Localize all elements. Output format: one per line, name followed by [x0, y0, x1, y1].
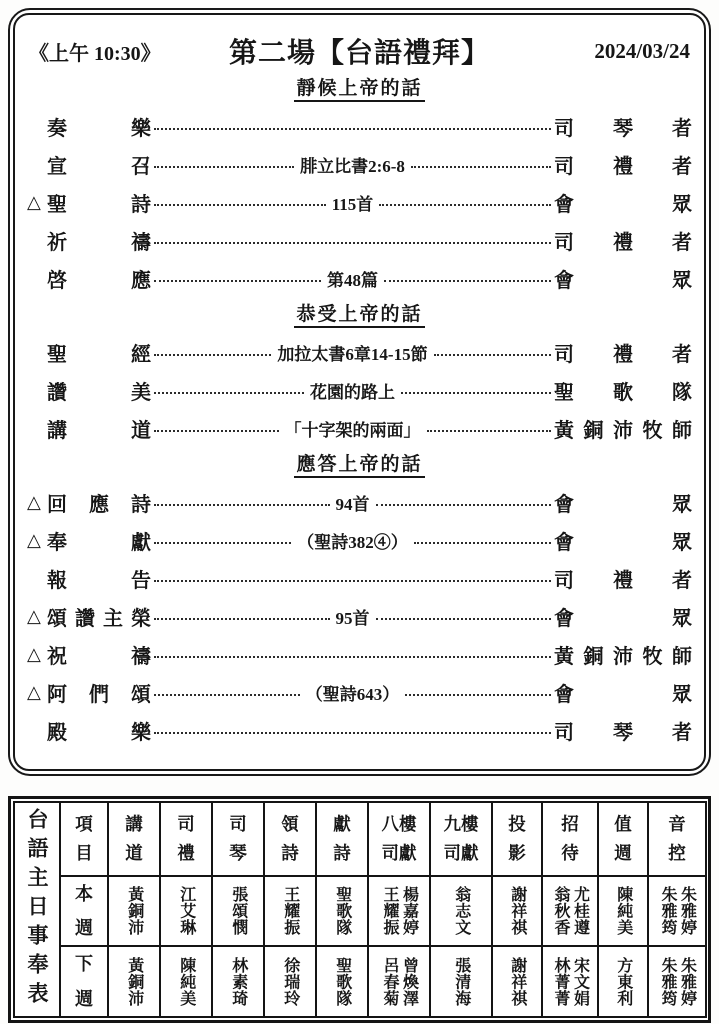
duty-cell: 聖歌隊 — [316, 876, 368, 946]
duty-cell: 張頌憫 — [212, 876, 264, 946]
item-role: 司禮者 — [554, 226, 692, 255]
col-header-projection: 投影 — [492, 802, 542, 876]
item-role: 會眾 — [554, 602, 692, 631]
item-role: 黃銅沛牧師 — [554, 640, 692, 669]
dotted-leader — [151, 418, 282, 438]
section-heading-responding: 應答上帝的話 — [27, 447, 692, 483]
item-detail: （聖詩382④） — [294, 528, 411, 553]
item-name: 祈禱 — [47, 226, 151, 255]
col-header-week-duty: 值週 — [598, 802, 648, 876]
duty-cell: 朱雅筠朱雅婷 — [648, 946, 706, 1016]
duty-cell: 張清海 — [430, 946, 492, 1016]
item-role: 司琴者 — [554, 112, 692, 141]
duty-cell: 徐瑞玲 — [264, 946, 316, 1016]
duty-header-row: 台語主日事奉表 項目 講道 司禮 司琴 領詩 獻詩 — [14, 802, 706, 876]
col-header-8f-offering: 八樓司獻 — [368, 802, 430, 876]
program-header: 《上午 10:30》 第二場【台語禮拜】 2024/03/24 — [29, 31, 690, 71]
item-detail: 「十字架的兩面」 — [282, 416, 424, 441]
item-name: 回應詩 — [47, 488, 151, 517]
duty-cell: 江艾琳 — [160, 876, 212, 946]
program-item-postlude: 殿樂 司琴者 — [27, 711, 692, 749]
item-name: 聖詩 — [47, 188, 151, 217]
program-item-offering: △ 奉獻 （聖詩382④） 會眾 — [27, 521, 692, 559]
section-heading-receiving: 恭受上帝的話 — [27, 297, 692, 333]
program-item-call-to-worship: 宣召 腓立比書2:6-8 司禮者 — [27, 145, 692, 183]
duty-cell: 王耀振 — [264, 876, 316, 946]
dotted-leader — [373, 606, 555, 626]
dotted-leader — [408, 154, 554, 174]
duty-cell: 陳純美 — [598, 876, 648, 946]
stand-marker: △ — [27, 682, 47, 703]
dotted-leader — [151, 492, 333, 512]
dotted-leader — [151, 268, 324, 288]
item-detail: 115首 — [329, 190, 377, 215]
bulletin-page: 《上午 10:30》 第二場【台語禮拜】 2024/03/24 靜候上帝的話 奏… — [0, 8, 719, 1024]
stand-marker: △ — [27, 492, 47, 513]
stand-marker: △ — [27, 606, 47, 627]
dotted-leader — [151, 568, 554, 588]
stand-marker: △ — [27, 192, 47, 213]
service-time: 《上午 10:30》 — [29, 37, 179, 66]
section-heading-waiting: 靜候上帝的話 — [27, 71, 692, 107]
item-name: 報告 — [47, 564, 151, 593]
duty-cell: 翁秋香尤桂遵 — [542, 876, 598, 946]
item-role: 聖歌隊 — [554, 376, 692, 405]
item-detail: （聖詩643） — [303, 680, 403, 705]
program-item-benediction: △ 祝禱 黃銅沛牧師 — [27, 635, 692, 673]
item-role: 黃銅沛牧師 — [554, 414, 692, 443]
item-name: 聖經 — [47, 338, 151, 367]
duty-cell: 黃銅沛 — [108, 876, 160, 946]
item-role: 會眾 — [554, 188, 692, 217]
item-name: 祝禱 — [47, 640, 151, 669]
program-item-doxology: △ 頌讚主榮 95首 會眾 — [27, 597, 692, 635]
col-header-anthem: 獻詩 — [316, 802, 368, 876]
program-item-response-hymn: △ 回應詩 94首 會眾 — [27, 483, 692, 521]
item-role: 司琴者 — [554, 716, 692, 745]
duty-cell: 謝祥祺 — [492, 946, 542, 1016]
dotted-leader — [151, 644, 554, 664]
item-name: 讚美 — [47, 376, 151, 405]
dotted-leader — [431, 342, 554, 362]
page-title: 第二場【台語禮拜】 — [179, 31, 540, 71]
item-name: 宣召 — [47, 150, 151, 179]
duty-cell: 呂春菊曾煥澤 — [368, 946, 430, 1016]
program-item-hymn: △ 聖詩 115首 會眾 — [27, 183, 692, 221]
table-side-title-cell: 台語主日事奉表 — [14, 802, 60, 1017]
dotted-leader — [151, 342, 274, 362]
col-header-preacher: 講道 — [108, 802, 160, 876]
item-role: 司禮者 — [554, 338, 692, 367]
item-name: 奉獻 — [47, 526, 151, 555]
col-header-pianist: 司琴 — [212, 802, 264, 876]
col-header-sound: 音控 — [648, 802, 706, 876]
col-header-9f-offering: 九樓司獻 — [430, 802, 492, 876]
duty-roster-grid: 台語主日事奉表 項目 講道 司禮 司琴 領詩 獻詩 — [13, 801, 707, 1018]
program-item-responsive-reading: 啓應 第48篇 會眾 — [27, 259, 692, 297]
duty-cell: 陳純美 — [160, 946, 212, 1016]
item-detail: 94首 — [333, 490, 373, 515]
dotted-leader — [398, 380, 554, 400]
duty-cell: 謝祥祺 — [492, 876, 542, 946]
duty-cell: 林素琦 — [212, 946, 264, 1016]
program-item-scripture: 聖經 加拉太書6章14-15節 司禮者 — [27, 333, 692, 371]
col-header-ushers: 招待 — [542, 802, 598, 876]
stand-marker: △ — [27, 644, 47, 665]
table-side-title: 台語主日事奉表 — [22, 808, 52, 1011]
row-label-this-week: 本週 — [60, 876, 108, 946]
dotted-leader — [424, 418, 555, 438]
program-item-anthem: 讚美 花園的路上 聖歌隊 — [27, 371, 692, 409]
worship-program-inner-border: 《上午 10:30》 第二場【台語禮拜】 2024/03/24 靜候上帝的話 奏… — [13, 13, 706, 771]
program-item-prayer: 祈禱 司禮者 — [27, 221, 692, 259]
dotted-leader — [373, 492, 555, 512]
duty-cell: 聖歌隊 — [316, 946, 368, 1016]
item-role: 司禮者 — [554, 150, 692, 179]
item-detail: 腓立比書2:6-8 — [297, 152, 408, 177]
item-role: 司禮者 — [554, 564, 692, 593]
dotted-leader — [151, 154, 297, 174]
dotted-leader — [402, 682, 554, 702]
duty-cell: 林菁菁宋文娟 — [542, 946, 598, 1016]
dotted-leader — [151, 116, 554, 136]
stand-marker: △ — [27, 530, 47, 551]
item-name: 殿樂 — [47, 716, 151, 745]
program-item-prelude: 奏樂 司琴者 — [27, 107, 692, 145]
duty-cell: 王耀振楊嘉婷 — [368, 876, 430, 946]
dotted-leader — [151, 682, 303, 702]
dotted-leader — [151, 606, 333, 626]
col-header-liturgist: 司禮 — [160, 802, 212, 876]
item-detail: 第48篇 — [324, 266, 381, 291]
item-name: 講道 — [47, 414, 151, 443]
service-date: 2024/03/24 — [540, 39, 690, 64]
item-name: 奏樂 — [47, 112, 151, 141]
dotted-leader — [411, 530, 554, 550]
duty-cell: 黃銅沛 — [108, 946, 160, 1016]
duty-roster-table: 台語主日事奉表 項目 講道 司禮 司琴 領詩 獻詩 — [8, 796, 711, 1023]
duty-cell: 朱雅筠朱雅婷 — [648, 876, 706, 946]
dotted-leader — [151, 530, 294, 550]
col-header-item: 項目 — [60, 802, 108, 876]
item-detail: 加拉太書6章14-15節 — [274, 340, 430, 365]
item-role: 會眾 — [554, 488, 692, 517]
duty-cell: 翁志文 — [430, 876, 492, 946]
dotted-leader — [151, 230, 554, 250]
duty-row-next-week: 下週 黃銅沛 陳純美 林素琦 徐瑞玲 聖歌隊 呂春菊曾煥澤 張清海 謝祥祺 林菁… — [14, 946, 706, 1016]
duty-row-this-week: 本週 黃銅沛 江艾琳 張頌憫 王耀振 聖歌隊 王耀振楊嘉婷 翁志文 謝祥祺 翁秋… — [14, 876, 706, 946]
dotted-leader — [376, 192, 554, 212]
duty-cell: 方東利 — [598, 946, 648, 1016]
program-item-sermon: 講道 「十字架的兩面」 黃銅沛牧師 — [27, 409, 692, 447]
item-role: 會眾 — [554, 264, 692, 293]
item-role: 會眾 — [554, 526, 692, 555]
item-detail: 花園的路上 — [307, 378, 398, 403]
dotted-leader — [151, 192, 329, 212]
worship-program-card: 《上午 10:30》 第二場【台語禮拜】 2024/03/24 靜候上帝的話 奏… — [8, 8, 711, 776]
row-label-next-week: 下週 — [60, 946, 108, 1016]
dotted-leader — [151, 720, 554, 740]
item-name: 頌讚主榮 — [47, 602, 151, 631]
item-name: 啓應 — [47, 264, 151, 293]
dotted-leader — [151, 380, 307, 400]
col-header-hymn-leader: 領詩 — [264, 802, 316, 876]
item-name: 阿們頌 — [47, 678, 151, 707]
item-detail: 95首 — [333, 604, 373, 629]
dotted-leader — [381, 268, 554, 288]
item-role: 會眾 — [554, 678, 692, 707]
program-item-announcements: 報告 司禮者 — [27, 559, 692, 597]
program-item-amen: △ 阿們頌 （聖詩643） 會眾 — [27, 673, 692, 711]
